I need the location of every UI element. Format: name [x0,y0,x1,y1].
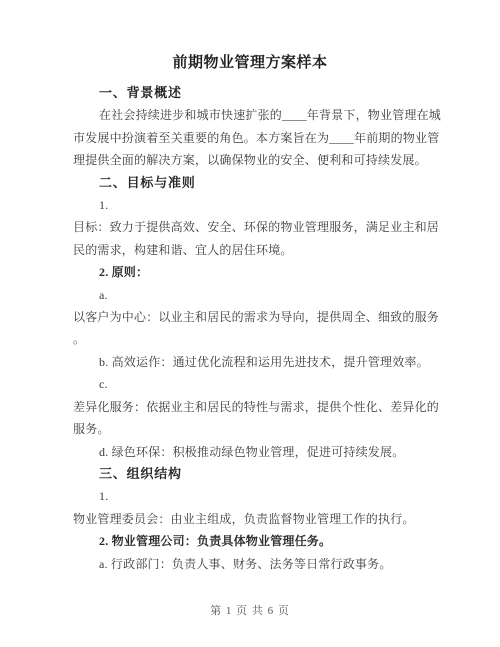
section-heading-background: 一、背景概述 [73,82,427,104]
doc-line: a. 行政部门：负责人事、财务、法务等日常行政事务。 [73,553,427,575]
doc-line: c. [73,373,427,395]
doc-line: 差异化服务：依据业主和居民的特性与需求，提供个性化、差异化的 [73,396,427,418]
doc-line: 2. 原则： [73,261,427,283]
doc-line: d. 绿色环保：积极推动绿色物业管理，促进可持续发展。 [73,441,427,463]
document-page: 前期物业管理方案样本 一、背景概述在社会持续进步和城市快速扩张的____年背景下… [0,0,500,647]
document-title: 前期物业管理方案样本 [0,50,500,76]
doc-line: 理提供全面的解决方案，以确保物业的安全、便利和可持续发展。 [73,149,427,171]
doc-line: 1. [73,485,427,507]
doc-line: 以客户为中心：以业主和居民的需求为导向，提供周全、细致的服务 [73,306,427,328]
doc-line: 目标：致力于提供高效、安全、环保的物业管理服务，满足业主和居 [73,216,427,238]
doc-line: 。 [73,328,427,350]
doc-line: 民的需求，构建和谐、宜人的居住环境。 [73,239,427,261]
section-heading-goals: 二、目标与准则 [73,172,427,194]
document-body: 一、背景概述在社会持续进步和城市快速扩张的____年背景下，物业管理在城市发展中… [73,82,427,575]
doc-line: a. [73,284,427,306]
doc-line: 在社会持续进步和城市快速扩张的____年背景下，物业管理在城 [73,104,427,126]
doc-line: b. 高效运作：通过优化流程和运用先进技术，提升管理效率。 [73,351,427,373]
doc-line: 1. [73,194,427,216]
doc-line: 2. 物业管理公司：负责具体物业管理任务。 [73,530,427,552]
section-heading-organization: 三、组织结构 [73,463,427,485]
doc-line: 市发展中扮演着至关重要的角色。本方案旨在为____年前期的物业管 [73,127,427,149]
doc-line: 物业管理委员会：由业主组成，负责监督物业管理工作的执行。 [73,508,427,530]
page-number-footer: 第 1 页 共 6 页 [0,603,500,619]
doc-line: 服务。 [73,418,427,440]
